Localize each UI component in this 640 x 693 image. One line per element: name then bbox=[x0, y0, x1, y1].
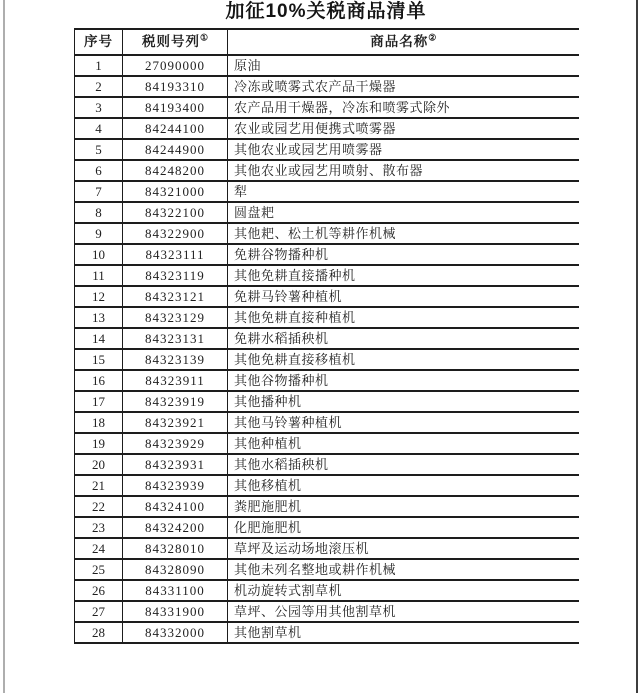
table-row: 1384323129其他免耕直接种植机 bbox=[75, 307, 579, 328]
table-row: 1184323119其他免耕直接播种机 bbox=[75, 265, 579, 286]
row-code-cell: 84323919 bbox=[123, 391, 228, 412]
row-index-cell: 16 bbox=[75, 370, 123, 391]
row-index-cell: 28 bbox=[75, 622, 123, 643]
row-code-cell: 84324200 bbox=[123, 517, 228, 538]
table-header-row: 序号 税则号列① 商品名称② bbox=[75, 29, 579, 55]
row-index-cell: 26 bbox=[75, 580, 123, 601]
row-index-cell: 17 bbox=[75, 391, 123, 412]
table-row: 2584328090其他未列名整地或耕作机械 bbox=[75, 559, 579, 580]
row-name-cell: 其他免耕直接移植机 bbox=[228, 349, 579, 370]
table-row: 2884332000其他割草机 bbox=[75, 622, 579, 643]
row-name-cell: 机动旋转式割草机 bbox=[228, 580, 579, 601]
row-code-cell: 84323939 bbox=[123, 475, 228, 496]
row-index-cell: 23 bbox=[75, 517, 123, 538]
row-name-cell: 其他谷物播种机 bbox=[228, 370, 579, 391]
row-name-cell: 原油 bbox=[228, 55, 579, 76]
row-name-cell: 其他马铃薯种植机 bbox=[228, 412, 579, 433]
row-index-cell: 7 bbox=[75, 181, 123, 202]
row-code-cell: 84322900 bbox=[123, 223, 228, 244]
row-name-cell: 其他割草机 bbox=[228, 622, 579, 643]
row-code-cell: 84322100 bbox=[123, 202, 228, 223]
row-code-cell: 84331100 bbox=[123, 580, 228, 601]
header-name-label: 商品名称 bbox=[370, 34, 428, 49]
row-index-cell: 27 bbox=[75, 601, 123, 622]
table-row: 127090000原油 bbox=[75, 55, 579, 76]
table-row: 484244100农业或园艺用便携式喷雾器 bbox=[75, 118, 579, 139]
table-row: 2084323931其他水稻插秧机 bbox=[75, 454, 579, 475]
row-index-cell: 6 bbox=[75, 160, 123, 181]
row-index-cell: 5 bbox=[75, 139, 123, 160]
header-name: 商品名称② bbox=[228, 29, 579, 55]
row-name-cell: 化肥施肥机 bbox=[228, 517, 579, 538]
row-index-cell: 2 bbox=[75, 76, 123, 97]
row-code-cell: 84328090 bbox=[123, 559, 228, 580]
table-row: 2384324200化肥施肥机 bbox=[75, 517, 579, 538]
row-name-cell: 农产品用干燥器，冷冻和喷雾式除外 bbox=[228, 97, 579, 118]
row-index-cell: 18 bbox=[75, 412, 123, 433]
row-name-cell: 免耕马铃薯种植机 bbox=[228, 286, 579, 307]
row-index-cell: 10 bbox=[75, 244, 123, 265]
row-name-cell: 其他未列名整地或耕作机械 bbox=[228, 559, 579, 580]
row-index-cell: 4 bbox=[75, 118, 123, 139]
footnote-marker-1: ① bbox=[200, 33, 208, 43]
table-row: 1884323921其他马铃薯种植机 bbox=[75, 412, 579, 433]
header-code-label: 税则号列 bbox=[142, 34, 200, 49]
table-row: 2184323939其他移植机 bbox=[75, 475, 579, 496]
row-name-cell: 其他播种机 bbox=[228, 391, 579, 412]
page-edge-left bbox=[3, 0, 5, 693]
row-code-cell: 84193310 bbox=[123, 76, 228, 97]
row-index-cell: 8 bbox=[75, 202, 123, 223]
row-code-cell: 84323929 bbox=[123, 433, 228, 454]
row-index-cell: 12 bbox=[75, 286, 123, 307]
row-index-cell: 21 bbox=[75, 475, 123, 496]
table-row: 2684331100机动旋转式割草机 bbox=[75, 580, 579, 601]
table-row: 1284323121免耕马铃薯种植机 bbox=[75, 286, 579, 307]
row-code-cell: 27090000 bbox=[123, 55, 228, 76]
table-row: 284193310冷冻或喷雾式农产品干燥器 bbox=[75, 76, 579, 97]
row-name-cell: 其他种植机 bbox=[228, 433, 579, 454]
table-row: 384193400农产品用干燥器，冷冻和喷雾式除外 bbox=[75, 97, 579, 118]
row-name-cell: 冷冻或喷雾式农产品干燥器 bbox=[228, 76, 579, 97]
table-row: 1584323139其他免耕直接移植机 bbox=[75, 349, 579, 370]
table-row: 984322900其他耙、松土机等耕作机械 bbox=[75, 223, 579, 244]
row-index-cell: 25 bbox=[75, 559, 123, 580]
row-index-cell: 3 bbox=[75, 97, 123, 118]
row-name-cell: 草坪及运动场地滚压机 bbox=[228, 538, 579, 559]
row-name-cell: 其他免耕直接播种机 bbox=[228, 265, 579, 286]
row-index-cell: 24 bbox=[75, 538, 123, 559]
row-code-cell: 84321000 bbox=[123, 181, 228, 202]
row-name-cell: 其他耙、松土机等耕作机械 bbox=[228, 223, 579, 244]
table-row: 1084323111免耕谷物播种机 bbox=[75, 244, 579, 265]
table-row: 784321000犁 bbox=[75, 181, 579, 202]
row-code-cell: 84331900 bbox=[123, 601, 228, 622]
table-row: 884322100圆盘耙 bbox=[75, 202, 579, 223]
document-page: 加征10%关税商品清单 序号 税则号列① 商品名称② 127090000原油28… bbox=[0, 0, 640, 693]
table-row: 2784331900草坪、公园等用其他割草机 bbox=[75, 601, 579, 622]
table-row: 1984323929其他种植机 bbox=[75, 433, 579, 454]
row-code-cell: 84244900 bbox=[123, 139, 228, 160]
row-name-cell: 其他免耕直接种植机 bbox=[228, 307, 579, 328]
row-code-cell: 84324100 bbox=[123, 496, 228, 517]
row-code-cell: 84248200 bbox=[123, 160, 228, 181]
tariff-table: 序号 税则号列① 商品名称② 127090000原油284193310冷冻或喷雾… bbox=[74, 28, 579, 644]
row-name-cell: 免耕谷物播种机 bbox=[228, 244, 579, 265]
row-index-cell: 22 bbox=[75, 496, 123, 517]
row-code-cell: 84323119 bbox=[123, 265, 228, 286]
row-code-cell: 84323911 bbox=[123, 370, 228, 391]
row-name-cell: 草坪、公园等用其他割草机 bbox=[228, 601, 579, 622]
row-code-cell: 84244100 bbox=[123, 118, 228, 139]
row-name-cell: 其他水稻插秧机 bbox=[228, 454, 579, 475]
row-name-cell: 其他移植机 bbox=[228, 475, 579, 496]
row-code-cell: 84323129 bbox=[123, 307, 228, 328]
row-code-cell: 84323111 bbox=[123, 244, 228, 265]
row-name-cell: 粪肥施肥机 bbox=[228, 496, 579, 517]
row-index-cell: 11 bbox=[75, 265, 123, 286]
row-code-cell: 84323121 bbox=[123, 286, 228, 307]
table-row: 1684323911其他谷物播种机 bbox=[75, 370, 579, 391]
table-row: 1484323131免耕水稻插秧机 bbox=[75, 328, 579, 349]
table-row: 584244900其他农业或园艺用喷雾器 bbox=[75, 139, 579, 160]
table-row: 2484328010草坪及运动场地滚压机 bbox=[75, 538, 579, 559]
table-row: 684248200其他农业或园艺用喷射、散布器 bbox=[75, 160, 579, 181]
page-title: 加征10%关税商品清单 bbox=[74, 0, 578, 24]
row-code-cell: 84323139 bbox=[123, 349, 228, 370]
page-edge-right bbox=[636, 0, 638, 693]
row-index-cell: 20 bbox=[75, 454, 123, 475]
row-name-cell: 农业或园艺用便携式喷雾器 bbox=[228, 118, 579, 139]
row-index-cell: 13 bbox=[75, 307, 123, 328]
table-row: 2284324100粪肥施肥机 bbox=[75, 496, 579, 517]
row-code-cell: 84193400 bbox=[123, 97, 228, 118]
row-name-cell: 其他农业或园艺用喷射、散布器 bbox=[228, 160, 579, 181]
header-index-label: 序号 bbox=[84, 34, 113, 49]
row-name-cell: 其他农业或园艺用喷雾器 bbox=[228, 139, 579, 160]
footnote-marker-2: ② bbox=[428, 33, 436, 43]
header-code: 税则号列① bbox=[123, 29, 228, 55]
row-code-cell: 84323921 bbox=[123, 412, 228, 433]
row-name-cell: 犁 bbox=[228, 181, 579, 202]
row-index-cell: 1 bbox=[75, 55, 123, 76]
row-code-cell: 84323131 bbox=[123, 328, 228, 349]
row-name-cell: 圆盘耙 bbox=[228, 202, 579, 223]
row-code-cell: 84332000 bbox=[123, 622, 228, 643]
row-index-cell: 15 bbox=[75, 349, 123, 370]
row-name-cell: 免耕水稻插秧机 bbox=[228, 328, 579, 349]
row-index-cell: 19 bbox=[75, 433, 123, 454]
row-code-cell: 84323931 bbox=[123, 454, 228, 475]
row-index-cell: 14 bbox=[75, 328, 123, 349]
table-row: 1784323919其他播种机 bbox=[75, 391, 579, 412]
row-index-cell: 9 bbox=[75, 223, 123, 244]
header-index: 序号 bbox=[75, 29, 123, 55]
row-code-cell: 84328010 bbox=[123, 538, 228, 559]
